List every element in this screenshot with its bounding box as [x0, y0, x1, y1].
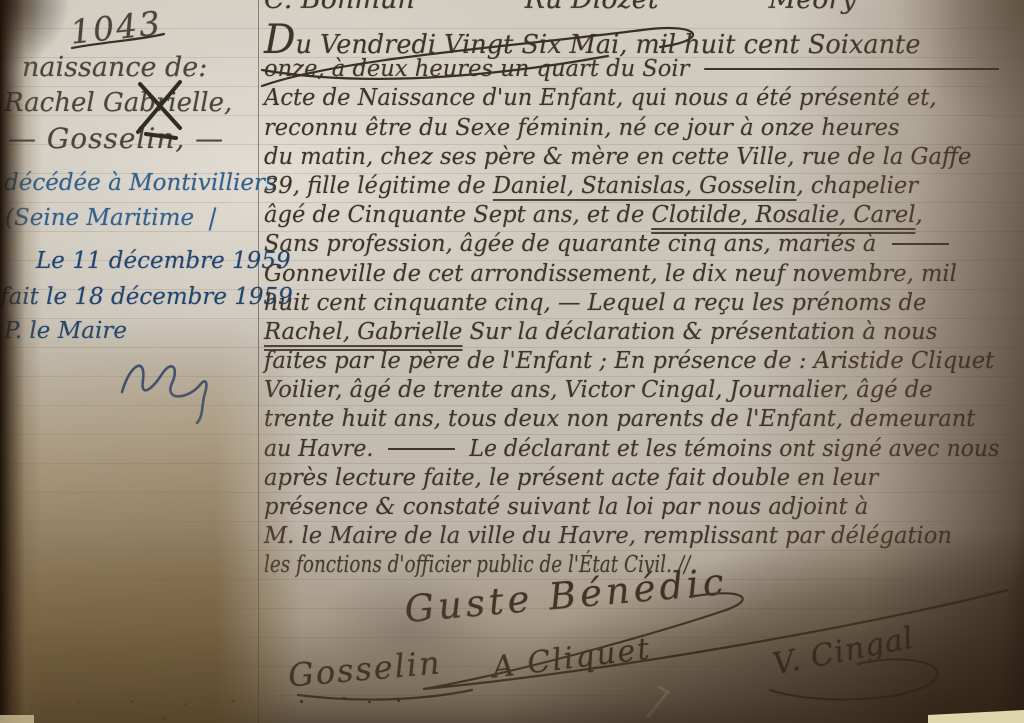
- ink-speck: [184, 703, 187, 706]
- ink-speck: [130, 700, 134, 703]
- act-text: au Havre.: [264, 436, 380, 462]
- act-line: Sans profession, âgée de quarante cinq a…: [264, 230, 999, 259]
- ink-speck: [300, 700, 303, 703]
- margin-rule-line: [258, 0, 259, 723]
- margin-child-surname: — Gosselin, —: [8, 122, 224, 155]
- underlined-name: Rachel, Gabrielle: [264, 319, 462, 351]
- father-signature: Gosselin: [287, 643, 443, 694]
- act-line: Gonneville de cet arrondissement, le dix…: [264, 260, 999, 289]
- act-text: reconnu être du Sexe féminin, né ce jour…: [264, 115, 900, 141]
- underlined-name: Daniel, Stanislas, Gosselin: [493, 173, 797, 201]
- act-line: 39, fille légitime de Daniel, Stanislas,…: [264, 172, 999, 201]
- act-number: 1043: [68, 3, 164, 51]
- act-body: Du Vendredi Vingt Six Mai, mil huit cent…: [264, 26, 1012, 581]
- act-text: présence & constaté suivant la loi par n…: [264, 494, 868, 520]
- signature-fragment: C. Bonmun: [264, 0, 415, 15]
- ink-speck: [397, 699, 400, 702]
- act-text: Acte de Naissance d'un Enfant, qui nous …: [264, 85, 937, 111]
- act-line: Du Vendredi Vingt Six Mai, mil huit cent…: [264, 26, 999, 55]
- act-text: huit cent cinquante cinq, — Lequel a reç…: [264, 290, 926, 316]
- act-text: faites par le père de l'Enfant ; En prés…: [264, 348, 994, 374]
- register-page-photo: C. BonmunRu DiozetMeory 1043 naissance d…: [0, 0, 1024, 723]
- act-text: Sans profession, âgée de quarante cinq a…: [264, 231, 884, 257]
- death-note-record-date: fait le 18 décembre 1959: [0, 284, 293, 310]
- act-line: faites par le père de l'Enfant ; En prés…: [264, 347, 999, 376]
- ink-rule: [891, 243, 948, 245]
- photo-scratch: [648, 687, 668, 716]
- margin-child-firstnames: Rachel Gabrielle,: [4, 88, 232, 118]
- act-text: M. le Maire de la ville du Havre, rempli…: [264, 523, 952, 549]
- left-page-shadow: [0, 320, 300, 723]
- act-line: Voilier, âgé de trente ans, Victor Cinga…: [264, 376, 999, 405]
- act-line: au Havre. Le déclarant et les témoins on…: [264, 435, 978, 464]
- death-note-mayor: P. le Maire: [4, 318, 127, 344]
- signature-fragment: Ru Diozet: [525, 0, 659, 15]
- death-note-department: (Seine Maritime ❘: [5, 205, 221, 231]
- act-text: ,: [916, 202, 923, 228]
- margin-title-naissance: naissance de:: [22, 52, 207, 83]
- act-line: huit cent cinquante cinq, — Lequel a reç…: [264, 289, 999, 318]
- act-line: Acte de Naissance d'un Enfant, qui nous …: [264, 84, 999, 113]
- death-note-place: décédée à Montivilliers: [4, 170, 277, 196]
- act-text: Le déclarant et les témoins ont signé av…: [462, 436, 999, 462]
- page-edge-bottom-right: [928, 710, 1024, 723]
- ink-speck: [162, 716, 167, 720]
- ink-rule: [388, 448, 455, 450]
- ink-speck: [368, 701, 371, 703]
- act-line: Rachel, Gabrielle Sur la déclaration & p…: [264, 318, 999, 347]
- act-line: trente huit ans, tous deux non parents d…: [264, 405, 999, 434]
- act-line: du matin, chez ses père & mère en cette …: [264, 143, 999, 172]
- witness-cingal-signature: V. Cingal: [770, 621, 917, 683]
- ink-speck: [342, 697, 346, 700]
- act-line: onze, à deux heures un quart du Soir: [264, 55, 999, 84]
- act-line: reconnu être du Sexe féminin, né ce jour…: [264, 114, 999, 143]
- act-text: Sur la déclaration & présentation à nous: [462, 319, 937, 345]
- act-text: âgé de Cinquante Sept ans, et de: [264, 202, 652, 228]
- underlined-name: Clotilde, Rosalie, Carel: [652, 202, 916, 234]
- act-line: présence & constaté suivant la loi par n…: [264, 493, 999, 522]
- death-note-date: Le 11 décembre 1959: [36, 248, 291, 274]
- act-text: Voilier, âgé de trente ans, Victor Cinga…: [264, 377, 933, 403]
- act-line: M. le Maire de la ville du Havre, rempli…: [264, 522, 999, 551]
- signature-fragment: Meory: [769, 0, 857, 15]
- act-text: , chapelier: [797, 173, 919, 199]
- act-line: âgé de Cinquante Sept ans, et de Clotild…: [264, 201, 999, 230]
- ink-speck: [30, 705, 33, 708]
- act-text: onze, à deux heures un quart du Soir: [264, 56, 697, 82]
- act-line: après lecture faite, le présent acte fai…: [264, 464, 999, 493]
- ink-speck: [76, 702, 79, 704]
- ink-rule: [704, 68, 999, 70]
- act-text: du matin, chez ses père & mère en cette …: [264, 144, 971, 170]
- mayor-signature-squiggle: [122, 366, 206, 423]
- previous-act-signature-fragments: C. BonmunRu DiozetMeory: [264, 0, 967, 15]
- witness-cliquet-signature: A Cliquet: [490, 631, 653, 685]
- act-text: 39, fille légitime de: [264, 173, 493, 199]
- act-text: Gonneville de cet arrondissement, le dix…: [264, 261, 957, 287]
- act-text: trente huit ans, tous deux non parents d…: [264, 406, 975, 432]
- act-text: après lecture faite, le présent acte fai…: [264, 465, 878, 491]
- ink-speck: [232, 700, 235, 702]
- page-edge-bottom-left: [0, 715, 34, 723]
